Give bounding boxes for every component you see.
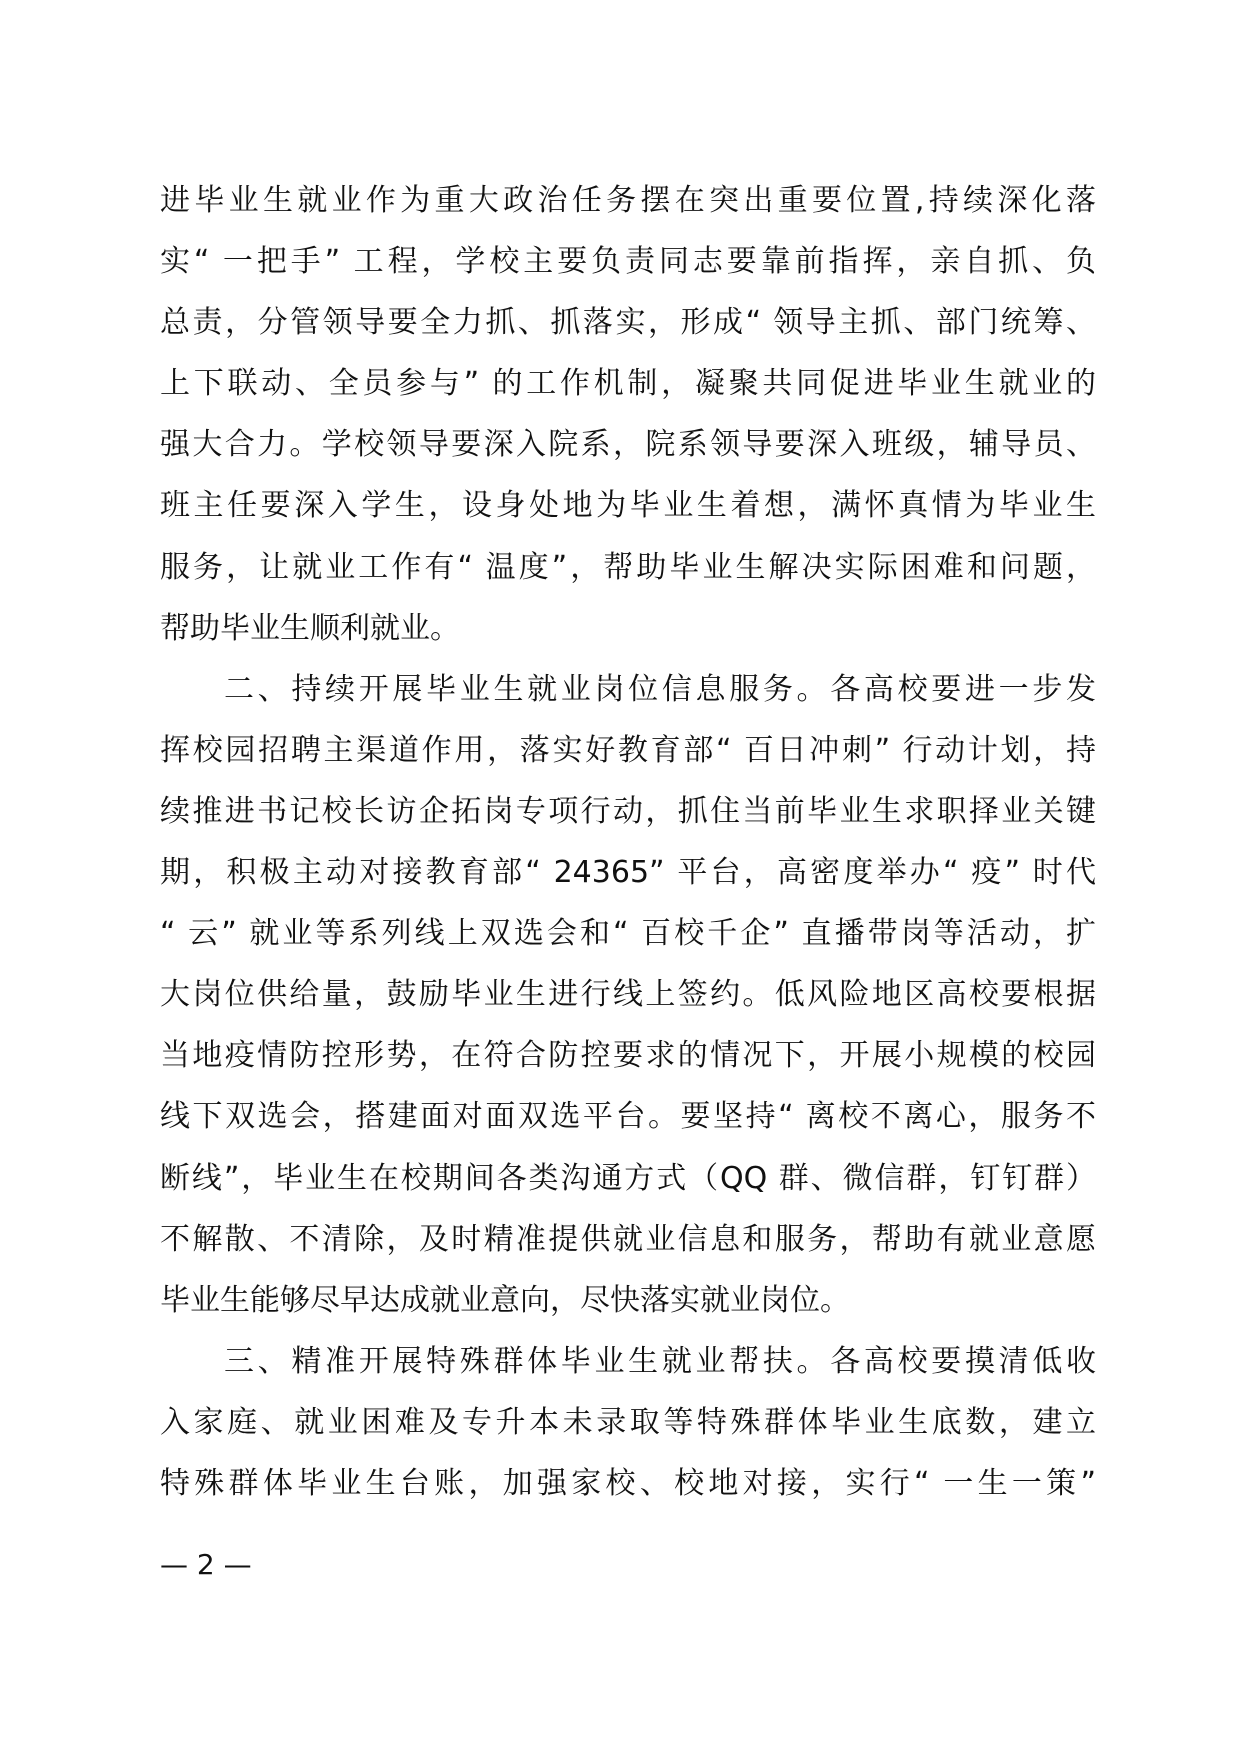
document-page: 进毕业生就业作为重大政治任务摆在突出重要位置,持续深化落 实“ 一把手” 工程，… — [0, 0, 1241, 1754]
text-line: 帮助毕业生顺利就业。 — [160, 604, 1096, 665]
text-line: 服务，让就业工作有“ 温度”，帮助毕业生解决实际困难和问题， — [160, 543, 1096, 604]
text-line: 毕业生能够尽早达成就业意向，尽快落实就业岗位。 — [160, 1276, 1096, 1337]
text-line: 班主任要深入学生，设身处地为毕业生着想，满怀真情为毕业生 — [160, 481, 1096, 542]
text-line: 大岗位供给量，鼓励毕业生进行线上签约。低风险地区高校要根据 — [160, 970, 1096, 1031]
paragraph-1: 进毕业生就业作为重大政治任务摆在突出重要位置,持续深化落 实“ 一把手” 工程，… — [160, 176, 1096, 665]
text-line: 续推进书记校长访企拓岗专项行动，抓住当前毕业生求职择业关键 — [160, 787, 1096, 848]
text-line: 不解散、不清除，及时精准提供就业信息和服务，帮助有就业意愿 — [160, 1215, 1096, 1276]
paragraph-2: 二、持续开展毕业生就业岗位信息服务。各高校要进一步发 挥校园招聘主渠道作用，落实… — [160, 665, 1096, 1337]
text-line-heading: 三、精准开展特殊群体毕业生就业帮扶。各高校要摸清低收 — [160, 1337, 1096, 1398]
text-line: 特殊群体毕业生台账，加强家校、校地对接，实行“ 一生一策” — [160, 1459, 1096, 1520]
text-line: 上下联动、全员参与” 的工作机制，凝聚共同促进毕业生就业的 — [160, 359, 1096, 420]
text-line-heading: 二、持续开展毕业生就业岗位信息服务。各高校要进一步发 — [160, 665, 1096, 726]
text-line: 实“ 一把手” 工程，学校主要负责同志要靠前指挥，亲自抓、负 — [160, 237, 1096, 298]
text-line: 强大合力。学校领导要深入院系，院系领导要深入班级，辅导员、 — [160, 420, 1096, 481]
body-text: 进毕业生就业作为重大政治任务摆在突出重要位置,持续深化落 实“ 一把手” 工程，… — [160, 176, 1096, 1520]
text-line: 断线”，毕业生在校期间各类沟通方式（QQ 群、微信群，钉钉群） — [160, 1154, 1096, 1215]
text-line: 进毕业生就业作为重大政治任务摆在突出重要位置,持续深化落 — [160, 176, 1096, 237]
text-line: 期，积极主动对接教育部“ 24365” 平台，高密度举办“ 疫” 时代 — [160, 848, 1096, 909]
paragraph-3: 三、精准开展特殊群体毕业生就业帮扶。各高校要摸清低收 入家庭、就业困难及专升本未… — [160, 1337, 1096, 1520]
text-line: 入家庭、就业困难及专升本未录取等特殊群体毕业生底数，建立 — [160, 1398, 1096, 1459]
page-number: — 2 — — [160, 1548, 252, 1581]
text-line: 总责，分管领导要全力抓、抓落实，形成“ 领导主抓、部门统筹、 — [160, 298, 1096, 359]
text-line: 挥校园招聘主渠道作用，落实好教育部“ 百日冲刺” 行动计划，持 — [160, 726, 1096, 787]
text-line: 线下双选会，搭建面对面双选平台。要坚持“ 离校不离心，服务不 — [160, 1092, 1096, 1153]
text-line: 当地疫情防控形势，在符合防控要求的情况下，开展小规模的校园 — [160, 1031, 1096, 1092]
text-line: “ 云” 就业等系列线上双选会和“ 百校千企” 直播带岗等活动，扩 — [160, 909, 1096, 970]
